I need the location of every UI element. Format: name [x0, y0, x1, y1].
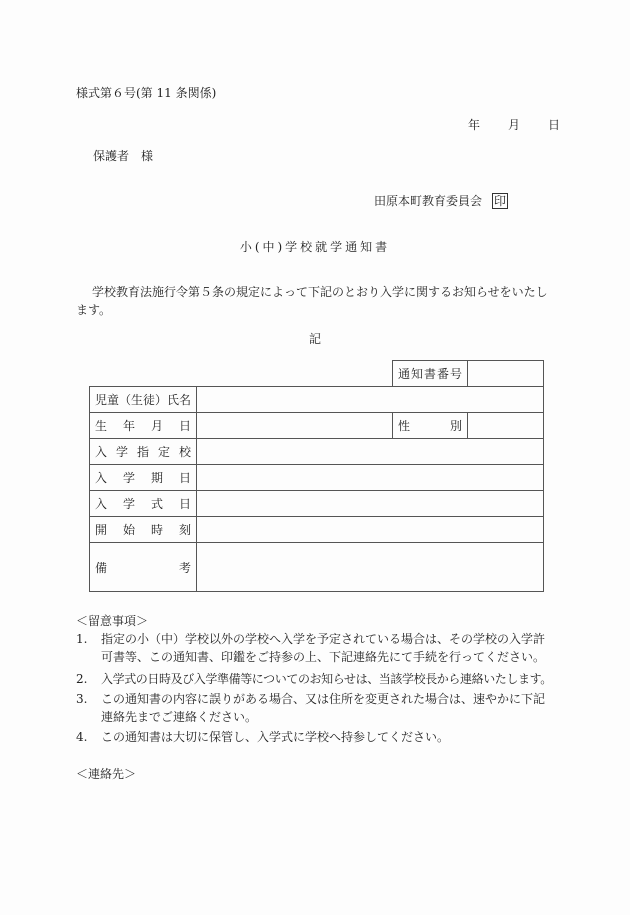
- note-item: 1. 指定の小（中）学校以外の学校へ入学を予定されている場合は、その学校の入学許…: [76, 630, 556, 666]
- note-item: 4. この通知書は大切に保管し、入学式に学校へ持参してください。: [76, 728, 556, 746]
- birthdate-field[interactable]: [197, 413, 392, 438]
- notes-heading: ＜留意事項＞: [76, 612, 148, 629]
- date-line: 年月日: [468, 116, 560, 133]
- note-item: 3. この通知書の内容に誤りがある場合、又は住所を変更された場合は、速やかに下記…: [76, 690, 556, 726]
- note-number: 2.: [76, 670, 87, 688]
- note-number: 1.: [76, 630, 87, 648]
- issuer-name: 田原本町教育委員会: [374, 194, 482, 208]
- label-remarks: 備考: [95, 542, 191, 592]
- date-month: 月: [508, 116, 520, 133]
- note-text: この通知書の内容に誤りがある場合、又は住所を変更された場合は、速やかに下記連絡先…: [101, 690, 556, 726]
- label-ceremony-date: 入学式日: [95, 490, 191, 516]
- note-number: 3.: [76, 690, 87, 708]
- date-day: 日: [548, 116, 560, 133]
- remarks-field[interactable]: [197, 543, 543, 591]
- body-text: 学校教育法施行令第５条の規定によって下記のとおり入学に関するお知らせをいたします…: [76, 283, 556, 319]
- issuer: 田原本町教育委員会印: [374, 192, 508, 209]
- gender-field[interactable]: [468, 413, 543, 438]
- seal-mark: 印: [492, 193, 508, 209]
- label-student-name: 児童（生徒）氏名: [95, 386, 191, 412]
- ceremony-date-field[interactable]: [197, 491, 543, 516]
- form-number: 様式第６号(第 11 条関係): [76, 84, 216, 101]
- note-number: 4.: [76, 728, 87, 746]
- document-title: 小(中)学校就学通知書: [0, 238, 630, 255]
- notice-number-field[interactable]: [467, 360, 544, 387]
- gender-divider: [392, 412, 393, 438]
- note-text: この通知書は大切に保管し、入学式に学校へ持参してください。: [101, 728, 556, 746]
- label-gender: 性別: [398, 412, 462, 438]
- note-text: 入学式の日時及び入学準備等についてのお知らせは、当該学校長から連絡いたします。: [101, 670, 556, 688]
- recipient: 保護者 様: [93, 147, 153, 164]
- label-start-time: 開始時刻: [95, 516, 191, 542]
- ki-heading: 記: [0, 330, 630, 347]
- note-text: 指定の小（中）学校以外の学校へ入学を予定されている場合は、その学校の入学許可書等…: [101, 630, 556, 666]
- enrollment-date-field[interactable]: [197, 465, 543, 490]
- label-designated-school: 入学指定校: [95, 438, 191, 464]
- note-item: 2. 入学式の日時及び入学準備等についてのお知らせは、当該学校長から連絡いたしま…: [76, 670, 556, 688]
- start-time-field[interactable]: [197, 517, 543, 542]
- label-birthdate: 生年月日: [95, 412, 191, 438]
- student-name-field[interactable]: [197, 387, 543, 412]
- notice-number-label: 通知書番号: [398, 360, 462, 387]
- date-year: 年: [468, 116, 480, 133]
- contact-heading: ＜連絡先＞: [76, 765, 136, 782]
- label-enrollment-date: 入学期日: [95, 464, 191, 490]
- designated-school-field[interactable]: [197, 439, 543, 464]
